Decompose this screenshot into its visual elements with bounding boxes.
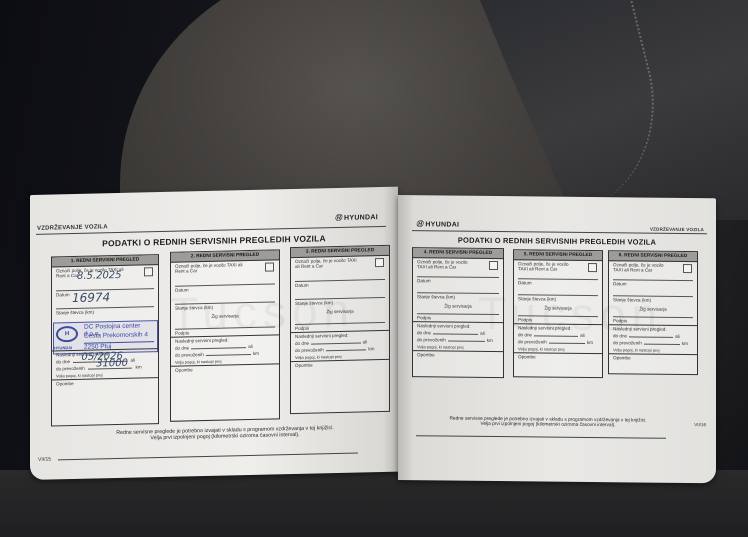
taxi-checkbox[interactable] [144,267,153,276]
page-number: VII/16 [694,422,706,427]
footer-note: Redne servisne preglede je potrebno izva… [70,424,380,443]
hyundai-brand: ⒽHYUNDAI [335,212,378,223]
service-booklet: VZDRŽEVANJE VOZILA ⒽHYUNDAI PODATKI O RE… [30,195,718,485]
notes-label: Opombe [52,377,158,387]
service-card-3: 3. REDNI SERVISNI PREGLED Označi polje, … [290,245,390,414]
section-header: VZDRŽEVANJE VOZILA [37,224,108,232]
taxi-checkbox[interactable] [489,261,498,270]
service-card-4: 4. REDNI SERVISNI PREGLED Označi polje, … [412,247,504,378]
left-page: VZDRŽEVANJE VOZILA ⒽHYUNDAI PODATKI O RE… [30,187,398,480]
footer-note: Redne servisne preglede je potrebno izva… [418,416,678,429]
hyundai-logo-icon: H [56,326,78,342]
taxi-checkbox[interactable] [265,262,274,271]
hyundai-logo-icon: Ⓗ [335,213,342,223]
next-km-handwritten: 31000 [96,358,128,370]
taxi-checkbox[interactable] [375,258,384,267]
right-page: ⒽHYUNDAI VZDRŽEVANJE VOZILA PODATKI O RE… [398,195,716,483]
footer-rule [58,453,358,461]
hyundai-logo-icon: Ⓗ [416,219,423,229]
service-card-1: 1. REDNI SERVISNI PREGLED Označi polje, … [51,254,159,426]
taxi-checkbox[interactable] [588,263,597,272]
service-card-5: 5. REDNI SERVISNI PREGLED Označi polje, … [513,249,603,378]
page-title: PODATKI O REDNIH SERVISNIH PREGLEDIH VOZ… [398,235,716,247]
hyundai-brand: ⒽHYUNDAI [416,219,459,229]
odometer-handwritten: 16974 [72,290,110,305]
taxi-checkbox[interactable] [683,264,692,273]
section-header: VZDRŽEVANJE VOZILA [650,227,704,233]
service-card-6: 6. REDNI SERVISNI PREGLED Označi polje, … [608,250,698,375]
page-number: VII/15 [38,457,51,463]
date-handwritten: 8.5.2025 [77,270,122,282]
footer-rule [416,435,666,439]
service-card-2: 2. REDNI SERVISNI PREGLED Označi polje, … [170,249,280,421]
